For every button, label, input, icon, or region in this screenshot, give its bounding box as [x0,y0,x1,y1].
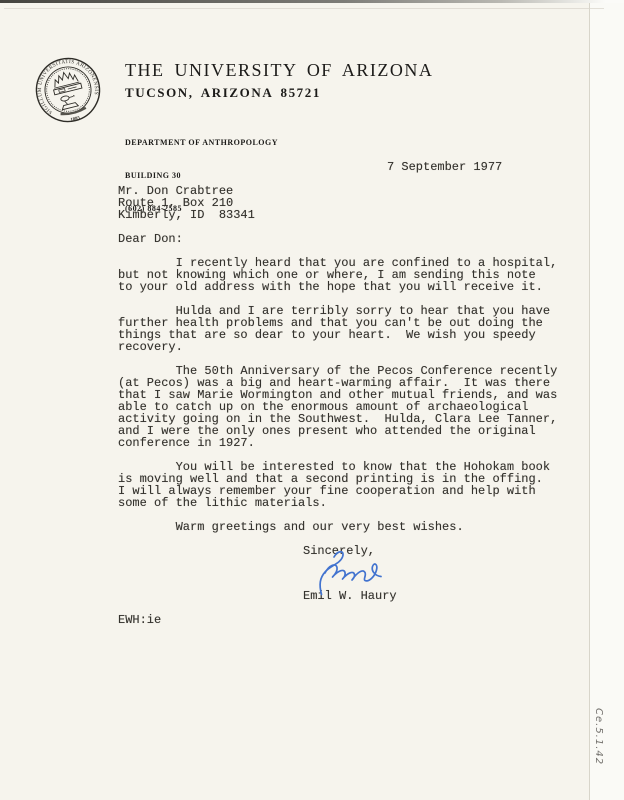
paragraph-2: Hulda and I are terribly sorry to hear t… [118,305,588,353]
paragraph-3: The 50th Anniversary of the Pecos Confer… [118,365,588,449]
letterhead-city-line: TUCSON, ARIZONA 85721 [125,85,321,101]
typist-initials: EWH:ie [118,614,588,626]
letterhead-university-name: THE UNIVERSITY OF ARIZONA [125,60,433,81]
paragraph-5: Warm greetings and our very best wishes. [118,521,588,533]
paragraph-4: You will be interested to know that the … [118,461,588,509]
paragraph-1: I recently heard that you are confined t… [118,257,588,293]
letter-date: 7 September 1977 [118,161,588,173]
scan-background-margin [590,3,624,800]
salutation: Dear Don: [118,233,588,245]
university-seal-icon: SIGILLUM UNIVERSITATIS ARIZONENSIS 1885 [33,53,103,127]
letterhead-department: DEPARTMENT OF ANTHROPOLOGY [125,137,278,148]
recipient-address: Mr. Don Crabtree Route 1, Box 210 Kimber… [118,185,588,221]
handwritten-signature [296,546,396,602]
catalog-annotation: Ce.5.1.42 [593,708,604,765]
seal-year: 1885 [70,116,81,123]
paper-top-edge-line [4,8,604,9]
